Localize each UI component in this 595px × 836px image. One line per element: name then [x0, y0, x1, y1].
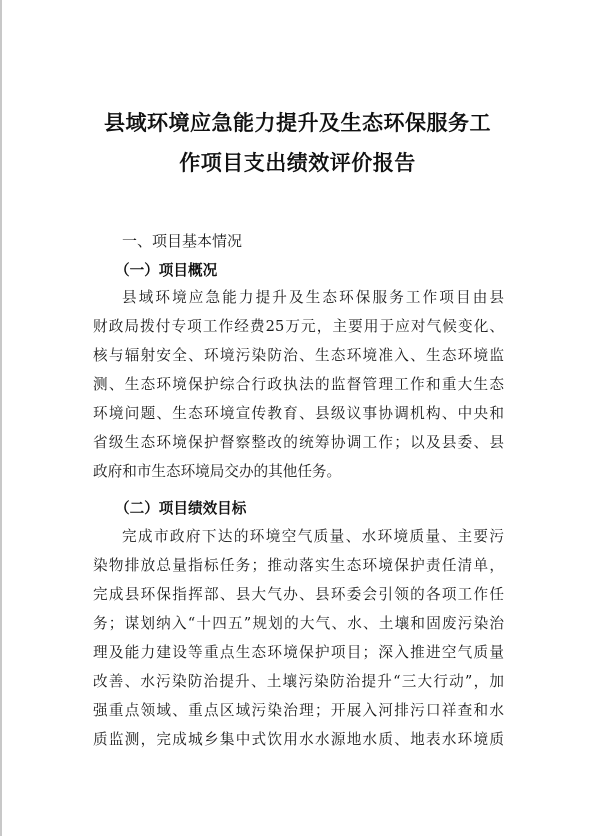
paragraph-line: 强重点领域、重点区域污染治理；开展入河排污口祥查和水 — [93, 700, 504, 722]
paragraph-line: 完成县环保指挥部、县大气办、县环委会引领的各项工作任 — [93, 584, 504, 606]
paragraph-line: 务；谋划纳入“十四五”规划的大气、水、土壤和固废污染治 — [93, 613, 504, 635]
section-heading-basic-info: 一、项目基本情况 — [122, 230, 242, 251]
paragraph-line: 质监测，完成城乡集中式饮用水水源地水质、地表水环境质 — [93, 729, 504, 751]
document-page: 县域环境应急能力提升及生态环保服务工 作项目支出绩效评价报告 一、项目基本情况 … — [0, 0, 595, 836]
paragraph-line: 染物排放总量指标任务；推动落实生态环境保护责任清单， — [93, 555, 504, 577]
paragraph-line: 改善、水污染防治提升、土壤污染防治提升“三大行动”，加 — [93, 671, 504, 693]
subsection-heading-overview: （一）项目概况 — [115, 259, 217, 280]
subsection-heading-performance-goals: （二）项目绩效目标 — [115, 497, 246, 518]
paragraph-line: 县域环境应急能力提升及生态环保服务工作项目由县 — [122, 287, 504, 309]
paragraph-line: 测、生态环境保护综合行政执法的监督管理工作和重大生态 — [93, 374, 504, 396]
paragraph-line: 省级生态环境保护督察整改的统筹协调工作；以及县委、县 — [93, 432, 504, 454]
paragraph-line: 完成市政府下达的环境空气质量、水环境质量、主要污 — [122, 526, 504, 548]
paragraph-line: 理及能力建设等重点生态环境保护项目；深入推进空气质量 — [93, 642, 504, 664]
paragraph-line: 政府和市生态环境局交办的其他任务。 — [93, 461, 504, 483]
paragraph-line: 核与辐射安全、环境污染防治、生态环境准入、生态环境监 — [93, 345, 504, 367]
report-title-line-2: 作项目支出绩效评价报告 — [0, 147, 595, 177]
paragraph-line: 财政局拨付专项工作经费25万元，主要用于应对气候变化、 — [93, 316, 504, 338]
paragraph-line: 环境问题、生态环境宣传教育、县级议事协调机构、中央和 — [93, 403, 504, 425]
report-title-line-1: 县域环境应急能力提升及生态环保服务工 — [0, 107, 595, 137]
